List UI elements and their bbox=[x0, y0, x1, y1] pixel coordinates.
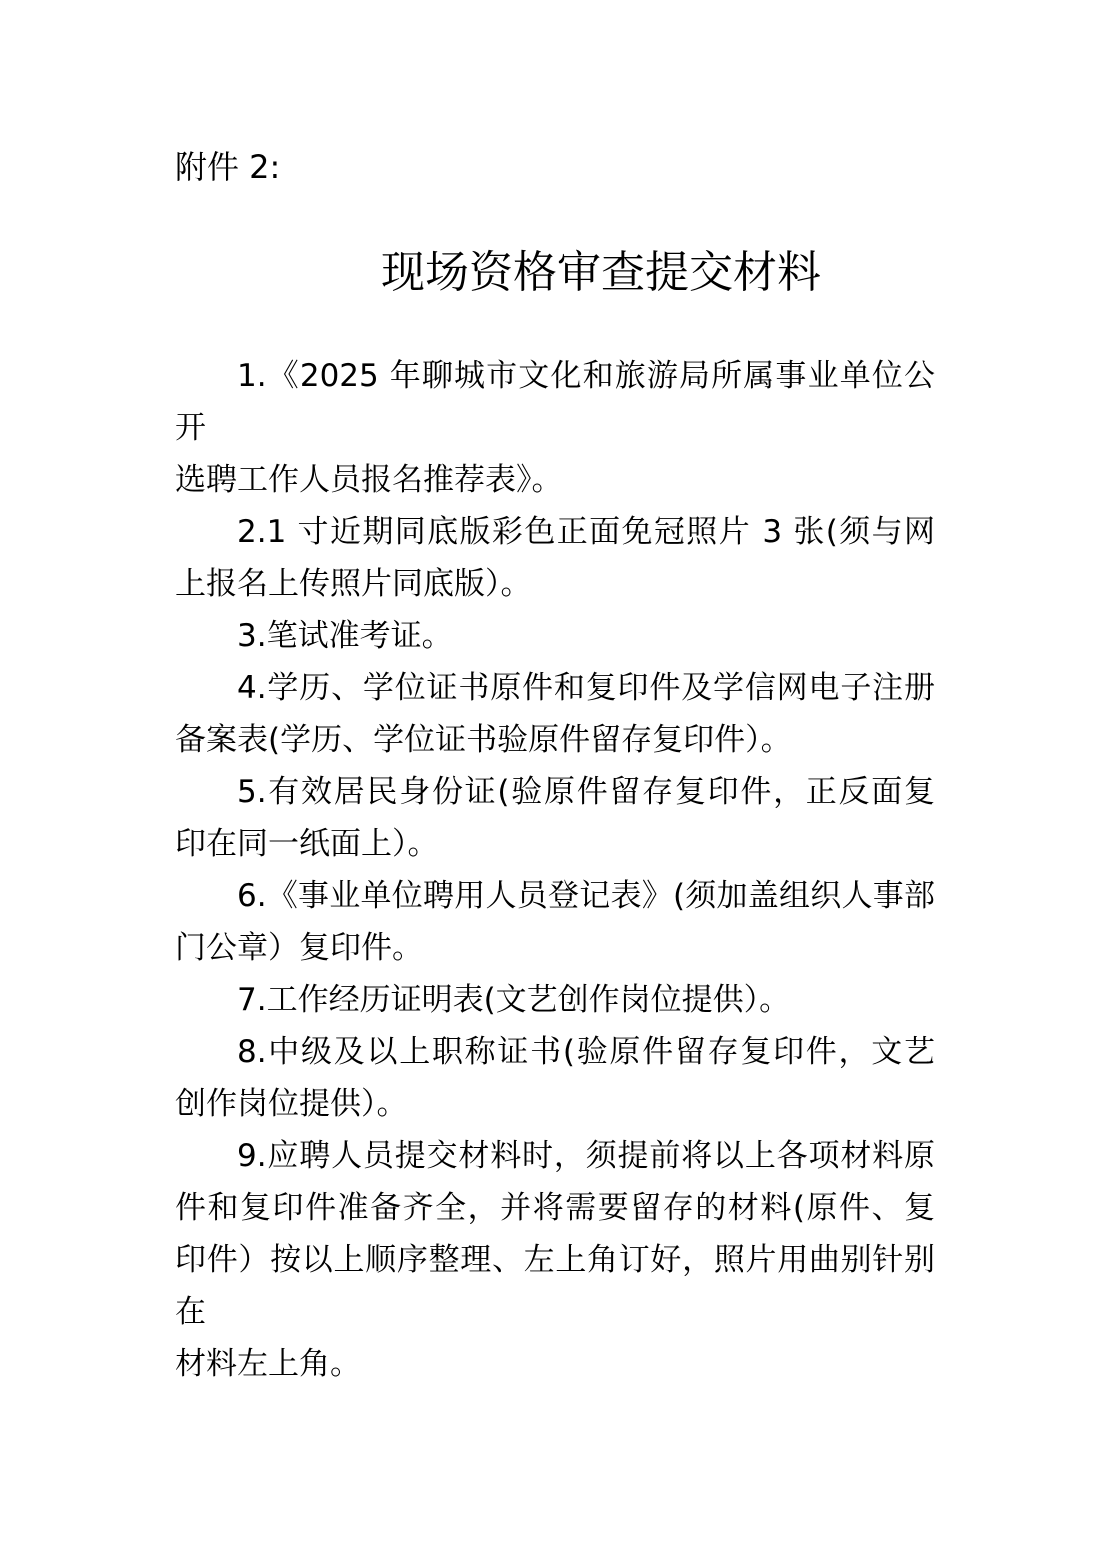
text-line: 上报名上传照片同底版）。 bbox=[175, 558, 935, 610]
text-line: 创作岗位提供）。 bbox=[175, 1078, 935, 1130]
text-line: 2.1 寸近期同底版彩色正面免冠照片 3 张(须与网 bbox=[175, 506, 935, 558]
document-body: 1.《2025 年聊城市文化和旅游局所属事业单位公开 选聘工作人员报名推荐表》。… bbox=[175, 350, 935, 1390]
text-line: 备案表(学历、学位证书验原件留存复印件）。 bbox=[175, 714, 935, 766]
list-item-9: 9.应聘人员提交材料时，须提前将以上各项材料原 件和复印件准备齐全，并将需要留存… bbox=[175, 1130, 935, 1390]
text-line: 5.有效居民身份证(验原件留存复印件，正反面复 bbox=[175, 766, 935, 818]
document-content: 附件 2: 现场资格审查提交材料 1.《2025 年聊城市文化和旅游局所属事业单… bbox=[0, 148, 1110, 1390]
text-line: 1.《2025 年聊城市文化和旅游局所属事业单位公开 bbox=[175, 350, 935, 454]
text-line: 门公章）复印件。 bbox=[175, 922, 935, 974]
list-item-3: 3.笔试准考证。 bbox=[175, 610, 935, 662]
text-line: 3.笔试准考证。 bbox=[175, 610, 935, 662]
list-item-5: 5.有效居民身份证(验原件留存复印件，正反面复 印在同一纸面上）。 bbox=[175, 766, 935, 870]
text-line: 8.中级及以上职称证书(验原件留存复印件，文艺 bbox=[175, 1026, 935, 1078]
list-item-4: 4.学历、学位证书原件和复印件及学信网电子注册 备案表(学历、学位证书验原件留存… bbox=[175, 662, 935, 766]
list-item-6: 6.《事业单位聘用人员登记表》(须加盖组织人事部 门公章）复印件。 bbox=[175, 870, 935, 974]
text-line: 选聘工作人员报名推荐表》。 bbox=[175, 454, 935, 506]
text-line: 印件）按以上顺序整理、左上角订好，照片用曲别针别在 bbox=[175, 1234, 935, 1338]
text-line: 印在同一纸面上）。 bbox=[175, 818, 935, 870]
list-item-8: 8.中级及以上职称证书(验原件留存复印件，文艺 创作岗位提供）。 bbox=[175, 1026, 935, 1130]
text-line: 7.工作经历证明表(文艺创作岗位提供）。 bbox=[175, 974, 935, 1026]
text-line: 件和复印件准备齐全，并将需要留存的材料(原件、复 bbox=[175, 1182, 935, 1234]
document-title: 现场资格审查提交材料 bbox=[221, 242, 981, 304]
document-page: 附件 2: 现场资格审查提交材料 1.《2025 年聊城市文化和旅游局所属事业单… bbox=[0, 0, 1110, 1557]
list-item-1: 1.《2025 年聊城市文化和旅游局所属事业单位公开 选聘工作人员报名推荐表》。 bbox=[175, 350, 935, 506]
attachment-label: 附件 2: bbox=[175, 148, 935, 186]
list-item-2: 2.1 寸近期同底版彩色正面免冠照片 3 张(须与网 上报名上传照片同底版）。 bbox=[175, 506, 935, 610]
text-line: 6.《事业单位聘用人员登记表》(须加盖组织人事部 bbox=[175, 870, 935, 922]
text-line: 9.应聘人员提交材料时，须提前将以上各项材料原 bbox=[175, 1130, 935, 1182]
list-item-7: 7.工作经历证明表(文艺创作岗位提供）。 bbox=[175, 974, 935, 1026]
text-line: 4.学历、学位证书原件和复印件及学信网电子注册 bbox=[175, 662, 935, 714]
text-line: 材料左上角。 bbox=[175, 1338, 935, 1390]
